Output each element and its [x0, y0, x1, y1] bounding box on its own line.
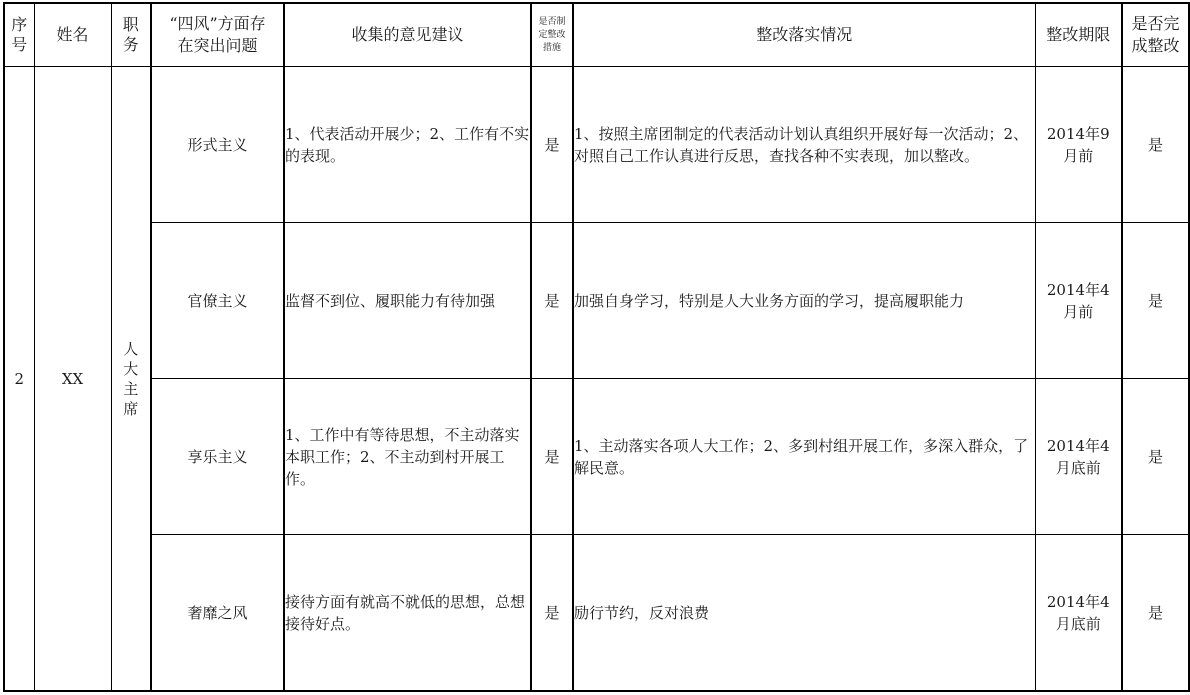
- implementation-cell: 1、主动落实各项人大工作；2、多到村组开展工作，多深入群众，了解民意。: [573, 379, 1035, 535]
- problem-cell: 享乐主义: [151, 379, 284, 535]
- implementation-cell: 励行节约，反对浪费: [573, 535, 1035, 692]
- header-seq: 序号: [4, 3, 34, 67]
- header-measures: 是否制定整改措施: [531, 3, 573, 67]
- seq-cell: 2: [4, 67, 34, 692]
- deadline-cell: 2014年4月底前: [1035, 379, 1122, 535]
- table-row: 官僚主义 监督不到位、履职能力有待加强 是 加强自身学习，特别是人大业务方面的学…: [4, 223, 1189, 379]
- header-suggestions: 收集的意见建议: [284, 3, 531, 67]
- name-cell: XX: [34, 67, 111, 692]
- suggestion-cell: 监督不到位、履职能力有待加强: [284, 223, 531, 379]
- completed-cell: 是: [1122, 535, 1189, 692]
- deadline-cell: 2014年9月前: [1035, 67, 1122, 223]
- deadline-cell: 2014年4月底前: [1035, 535, 1122, 692]
- header-problem: “四风”方面存在突出问题: [151, 3, 284, 67]
- header-position: 职务: [111, 3, 151, 67]
- measures-cell: 是: [531, 223, 573, 379]
- completed-cell: 是: [1122, 379, 1189, 535]
- table-row: 享乐主义 1、工作中有等待思想，不主动落实本职工作；2、不主动到村开展工作。 是…: [4, 379, 1189, 535]
- problem-cell: 奢靡之风: [151, 535, 284, 692]
- header-row: 序号 姓名 职务 “四风”方面存在突出问题 收集的意见建议 是否制定整改措施 整…: [4, 3, 1189, 67]
- rectification-table: 序号 姓名 职务 “四风”方面存在突出问题 收集的意见建议 是否制定整改措施 整…: [3, 2, 1190, 692]
- measures-cell: 是: [531, 535, 573, 692]
- measures-cell: 是: [531, 379, 573, 535]
- deadline-cell: 2014年4月前: [1035, 223, 1122, 379]
- problem-cell: 官僚主义: [151, 223, 284, 379]
- header-deadline: 整改期限: [1035, 3, 1122, 67]
- rectification-table-sheet: 序号 姓名 职务 “四风”方面存在突出问题 收集的意见建议 是否制定整改措施 整…: [0, 0, 1190, 695]
- problem-cell: 形式主义: [151, 67, 284, 223]
- completed-cell: 是: [1122, 223, 1189, 379]
- suggestion-cell: 接待方面有就高不就低的思想，总想接待好点。: [284, 535, 531, 692]
- position-cell: 人大主席: [111, 67, 151, 692]
- header-completed: 是否完成整改: [1122, 3, 1189, 67]
- suggestion-cell: 1、工作中有等待思想，不主动落实本职工作；2、不主动到村开展工作。: [284, 379, 531, 535]
- implementation-cell: 1、按照主席团制定的代表活动计划认真组织开展好每一次活动；2、对照自己工作认真进…: [573, 67, 1035, 223]
- measures-cell: 是: [531, 67, 573, 223]
- table-row: 奢靡之风 接待方面有就高不就低的思想，总想接待好点。 是 励行节约，反对浪费 2…: [4, 535, 1189, 692]
- table-row: 2 XX 人大主席 形式主义 1、代表活动开展少；2、工作有不实的表现。 是 1…: [4, 67, 1189, 223]
- implementation-cell: 加强自身学习，特别是人大业务方面的学习，提高履职能力: [573, 223, 1035, 379]
- completed-cell: 是: [1122, 67, 1189, 223]
- header-name: 姓名: [34, 3, 111, 67]
- header-implementation: 整改落实情况: [573, 3, 1035, 67]
- suggestion-cell: 1、代表活动开展少；2、工作有不实的表现。: [284, 67, 531, 223]
